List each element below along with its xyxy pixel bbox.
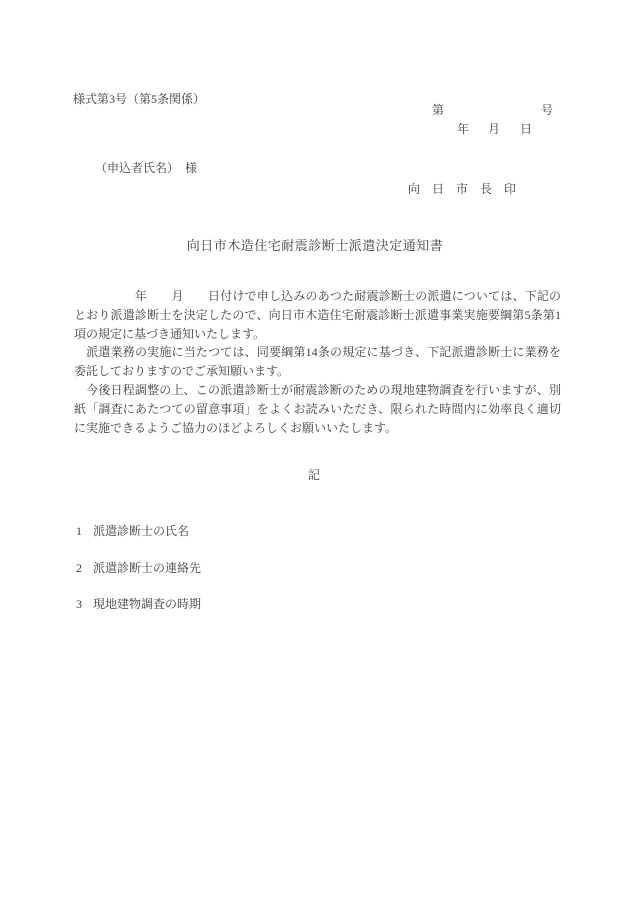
body-text: 年 月 日付けで申し込みのあつた耐震診断士の派遣については、下記のとおり派遣診断…	[74, 287, 561, 437]
date-month-label: 月	[488, 120, 500, 137]
item-label: 現地建物調査の時期	[93, 597, 201, 611]
record-marker: 記	[0, 466, 630, 483]
list-item-diagnostician-name: 1派遣診断士の氏名	[76, 522, 189, 539]
date-day-label: 日	[520, 120, 532, 137]
list-item-survey-timing: 3現地建物調査の時期	[76, 595, 201, 612]
item-label: 派遣診断士の氏名	[93, 524, 189, 538]
doc-number-prefix: 第	[432, 101, 444, 118]
item-number: 3	[76, 597, 82, 611]
document-title: 向日市木造住宅耐震診断士派遣決定通知書	[0, 235, 630, 254]
list-item-diagnostician-contact: 2派遣診断士の連絡先	[76, 559, 201, 576]
item-number: 2	[76, 561, 82, 575]
paragraph-application-notice: 年 月 日付けで申し込みのあつた耐震診断士の派遣については、下記のとおり派遣診断…	[74, 287, 561, 343]
item-number: 1	[76, 524, 82, 538]
form-number: 様式第3号（第5条関係）	[73, 90, 205, 107]
addressee: （申込者氏名） 様	[95, 159, 197, 176]
date-year-label: 年	[457, 120, 469, 137]
item-label: 派遣診断士の連絡先	[93, 561, 201, 575]
paragraph-survey-cooperation: 今後日程調整の上、この派遣診断士が耐震診断のための現地建物調査を行いますが、別紙…	[74, 381, 561, 437]
mayor-seal-line: 向 日 市 長 印	[408, 180, 516, 197]
document-page: 様式第3号（第5条関係） 第 号 年 月 日 （申込者氏名） 様 向 日 市 長…	[0, 0, 630, 915]
doc-number-suffix: 号	[541, 101, 553, 118]
paragraph-delegation: 派遣業務の実施に当たつては、同要綱第14条の規定に基づき、下記派遣診断士に業務を…	[74, 343, 561, 381]
